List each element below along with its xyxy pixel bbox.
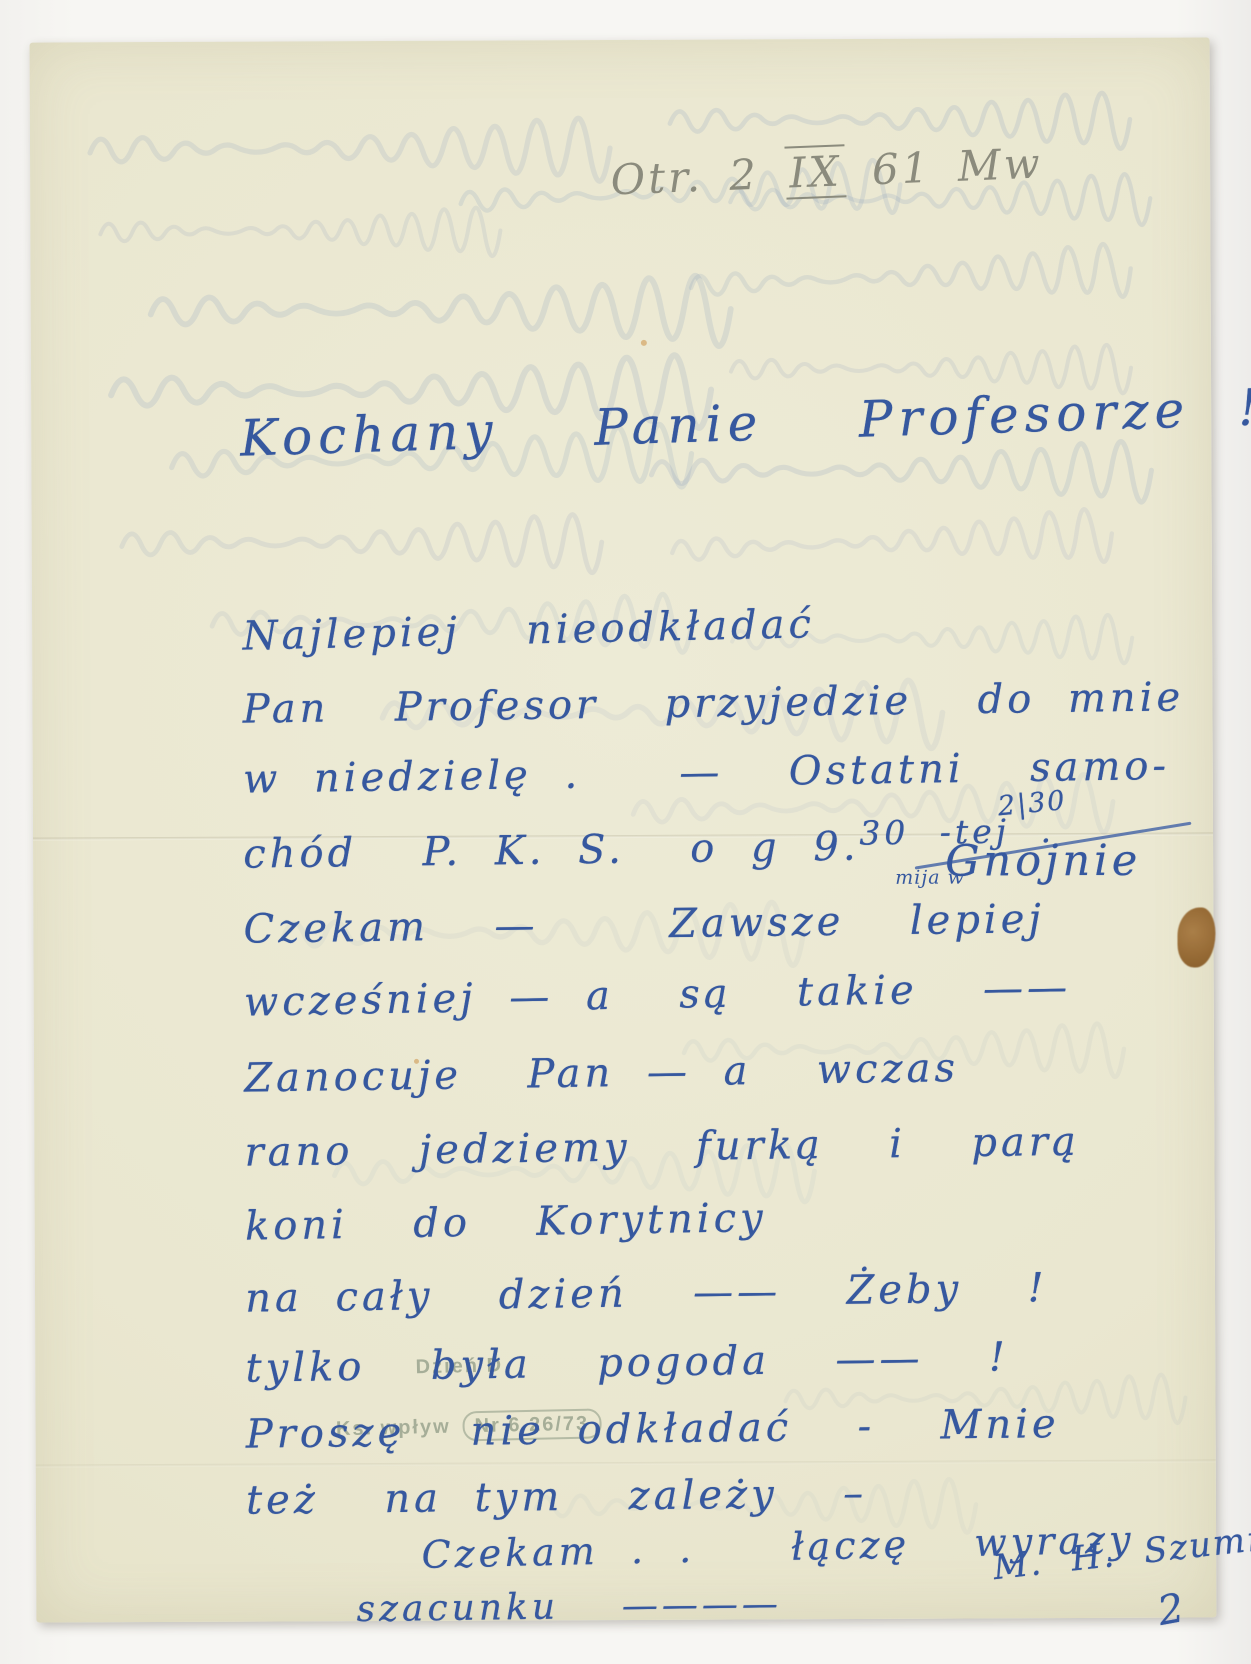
- received-annotation: Otr. 2 IX 61 Mw: [450, 90, 1046, 260]
- place-name: Gnojnie: [945, 836, 1141, 887]
- body-line: też na tym zależy –: [246, 1471, 868, 1524]
- scanned-letter-page: Dzień D Ks. wpływNr 6 26/73 Otr. 2 IX 61…: [0, 0, 1251, 1664]
- foxing-dot: [641, 340, 647, 346]
- pks-main: chód P. K. S. o g 9.: [243, 824, 860, 878]
- received-month-roman: IX: [784, 144, 847, 199]
- received-suffix: 61 Mw: [845, 139, 1044, 196]
- letter-paper: Dzień D Ks. wpływNr 6 26/73 Otr. 2 IX 61…: [30, 37, 1217, 1622]
- received-prefix: Otr. 2: [610, 149, 786, 205]
- time-correction: 2|30: [997, 785, 1068, 822]
- closing-line2: szacunku ————: [356, 1584, 782, 1631]
- body-line: koni do Korytnicy: [245, 1195, 767, 1250]
